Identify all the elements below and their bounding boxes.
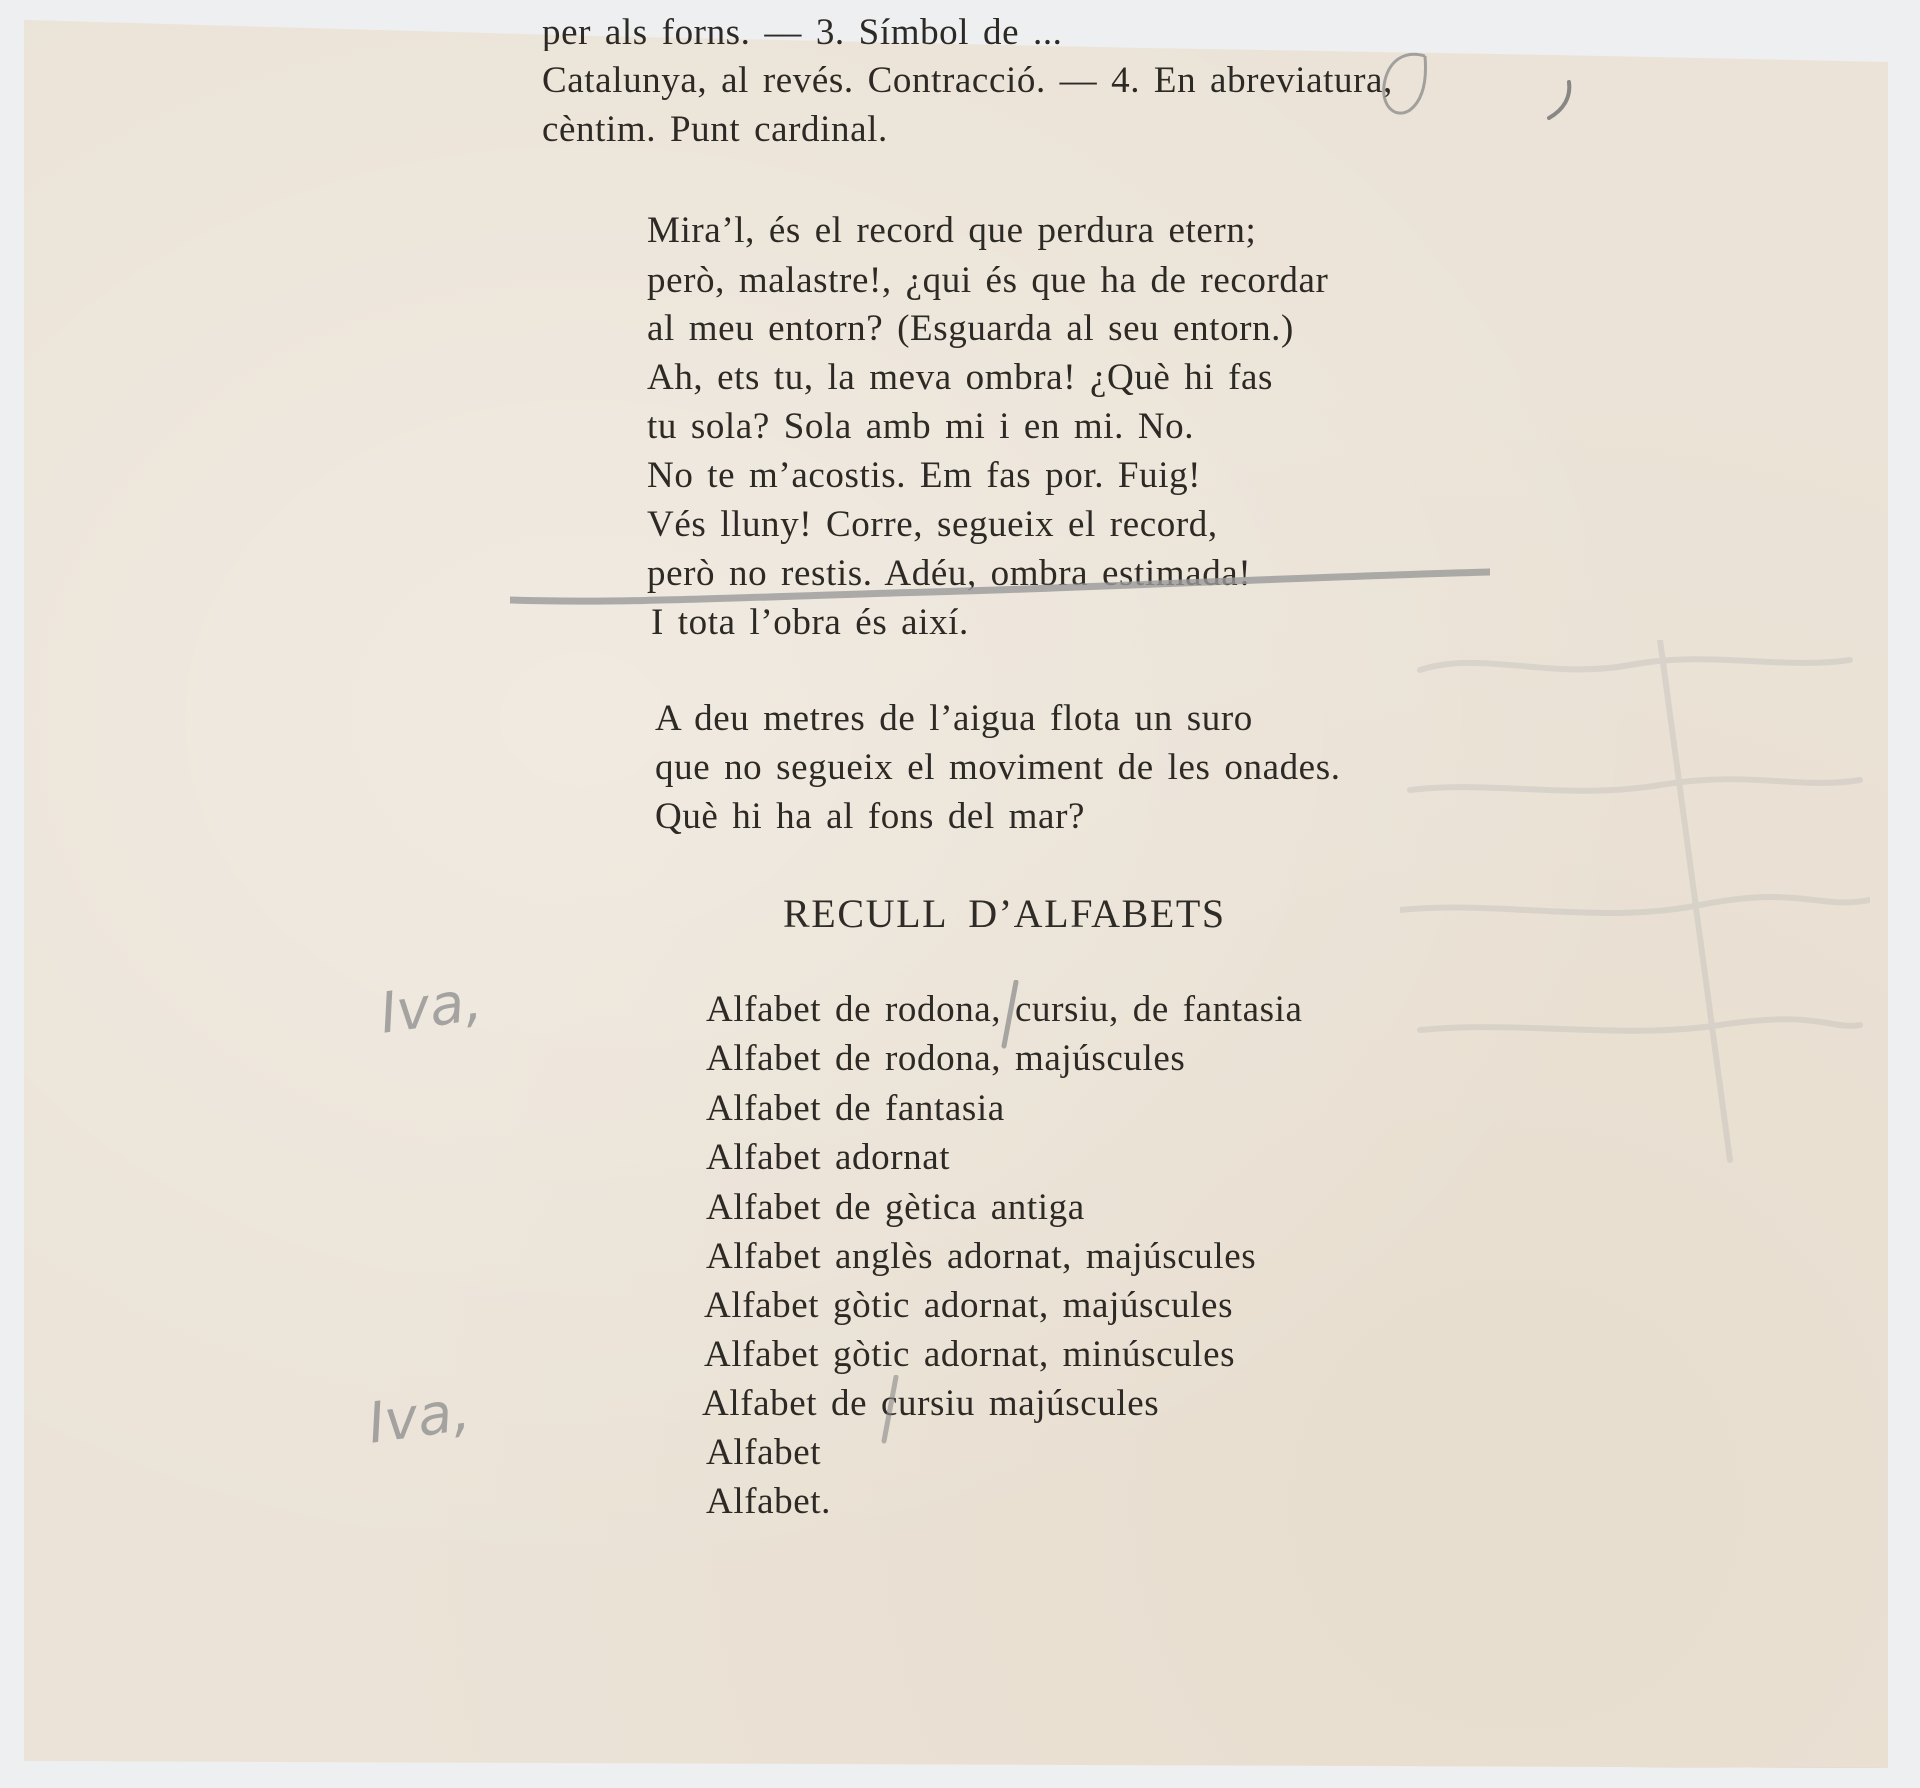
- pencil-slash-mark: [1000, 980, 1020, 1050]
- list-item: Alfabet de rodona, majúscules: [706, 1040, 1185, 1077]
- section-heading: RECULL D’ALFABETS: [783, 890, 1226, 937]
- verse-line: que no segueix el moviment de les onades…: [655, 749, 1341, 786]
- pencil-slash-mark: [880, 1375, 900, 1445]
- list-item: Alfabet: [706, 1434, 821, 1471]
- list-item: Alfabet de fantasia: [706, 1090, 1005, 1127]
- show-through-handwriting: [1400, 640, 1870, 1200]
- pencil-underline-mark: [510, 560, 1490, 610]
- list-item: Alfabet adornat: [706, 1139, 950, 1176]
- text-line-fragment: per als forns. — 3. Símbol de ...: [542, 14, 1063, 51]
- verse-line: Ah, ets tu, la meva ombra! ¿Què hi fas: [647, 359, 1273, 396]
- list-item: Alfabet de gètica antiga: [706, 1189, 1085, 1226]
- pencil-number-mark: [1365, 50, 1445, 130]
- verse-line: però, malastre!, ¿qui és que ha de recor…: [647, 262, 1328, 299]
- verse-line: tu sola? Sola amb mi i en mi. No.: [647, 408, 1194, 445]
- verse-line: A deu metres de l’aigua flota un suro: [655, 700, 1253, 737]
- list-item: Alfabet.: [706, 1483, 831, 1520]
- text-line: cèntim. Punt cardinal.: [542, 111, 888, 148]
- verse-line: No te m’acostis. Em fas por. Fuig!: [647, 457, 1201, 494]
- list-item: Alfabet anglès adornat, majúscules: [706, 1238, 1256, 1275]
- list-item: Alfabet de cursiu majúscules: [702, 1385, 1159, 1422]
- verse-line: Vés lluny! Corre, segueix el record,: [647, 506, 1218, 543]
- verse-line: Mira’l, és el record que perdura etern;: [647, 212, 1256, 249]
- verse-line: Què hi ha al fons del mar?: [655, 798, 1085, 835]
- list-item: Alfabet gòtic adornat, majúscules: [704, 1287, 1233, 1324]
- pencil-stroke-mark: [1545, 78, 1575, 123]
- text-line: Catalunya, al revés. Contracció. — 4. En…: [542, 62, 1393, 99]
- verse-line: al meu entorn? (Esguarda al seu entorn.): [647, 310, 1294, 347]
- list-item: Alfabet gòtic adornat, minúscules: [704, 1336, 1235, 1373]
